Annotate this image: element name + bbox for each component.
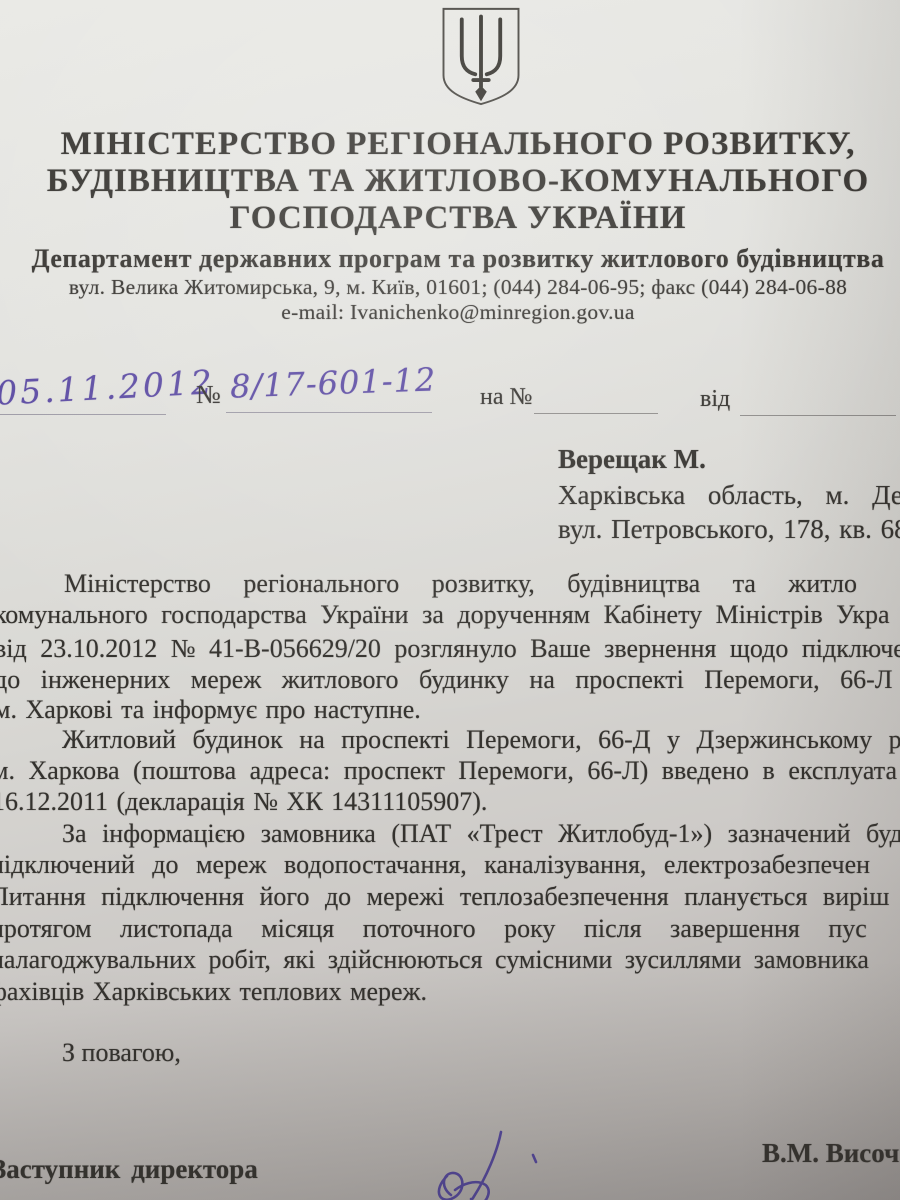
ministry-name: МІНІСТЕРСТВО РЕГІОНАЛЬНОГО РОЗВИТКУ, БУД… [24, 126, 892, 237]
signature-scribble-icon [423, 1098, 603, 1200]
letterhead-email: e-mail: Ivanichenko@minregion.gov.ua [24, 300, 892, 325]
body-line: комунального господарства України за дор… [0, 599, 890, 630]
body-line: Питання підключення його до мережі тепло… [0, 881, 889, 912]
ministry-name-line2: БУДІВНИЦТВА ТА ЖИТЛОВО-КОМУНАЛЬНОГО [24, 163, 892, 200]
ministry-name-line1: МІНІСТЕРСТВО РЕГІОНАЛЬНОГО РОЗВИТКУ, [24, 126, 892, 163]
date-field-line [0, 372, 166, 415]
body-line: до інженерних мереж житлового будинку на… [0, 664, 892, 695]
signer-name: В.М. Височи [762, 1138, 900, 1169]
body-line: підключений до мереж водопостачання, кан… [0, 849, 870, 880]
body-line: За інформацією замовника (ПАТ «Трест Жит… [62, 818, 900, 849]
body-line: від 23.10.2012 № 41-В-056629/20 розгляну… [0, 633, 900, 664]
recipient-address-line2: вул. Петровського, 178, кв. 68 [558, 514, 900, 545]
department-name: Департамент державних програм та розвитк… [24, 244, 892, 274]
body-line: налагоджувальних робіт, які здійснюються… [0, 944, 869, 975]
recipient-address-line1: Харківська область, м. Дерг [558, 480, 900, 511]
body-line: м. Харкова (поштова адреса: проспект Пер… [0, 755, 897, 786]
from-field-line [740, 386, 896, 416]
letterhead-address: вул. Велика Житомирська, 9, м. Київ, 016… [24, 275, 892, 300]
body-line: протягом листопада місяця поточного року… [0, 913, 867, 944]
letter-photo: МІНІСТЕРСТВО РЕГІОНАЛЬНОГО РОЗВИТКУ, БУД… [0, 0, 900, 1200]
number-label: № [196, 380, 221, 410]
from-label: від [700, 386, 730, 413]
closing-regards: З повагою, [62, 1038, 181, 1068]
in-reply-label: на № [480, 384, 532, 411]
number-field-line [226, 368, 432, 413]
tryzub-icon [437, 6, 525, 106]
body-line: фахівців Харківських теплових мереж. [0, 976, 427, 1007]
body-line: м. Харкові та інформує про наступне. [0, 694, 421, 725]
signer-position: Заступник директора [0, 1154, 258, 1185]
body-line: 16.12.2011 (декларація № ХК 14311105907)… [0, 786, 487, 817]
recipient-name: Верещак М. [558, 444, 706, 475]
in-reply-field-line [534, 384, 658, 414]
ministry-name-line3: ГОСПОДАРСТВА УКРАЇНИ [24, 200, 892, 237]
body-line: Міністерство регіонального розвитку, буд… [64, 568, 857, 599]
body-line: Житловий будинок на проспекті Перемоги, … [62, 724, 900, 755]
